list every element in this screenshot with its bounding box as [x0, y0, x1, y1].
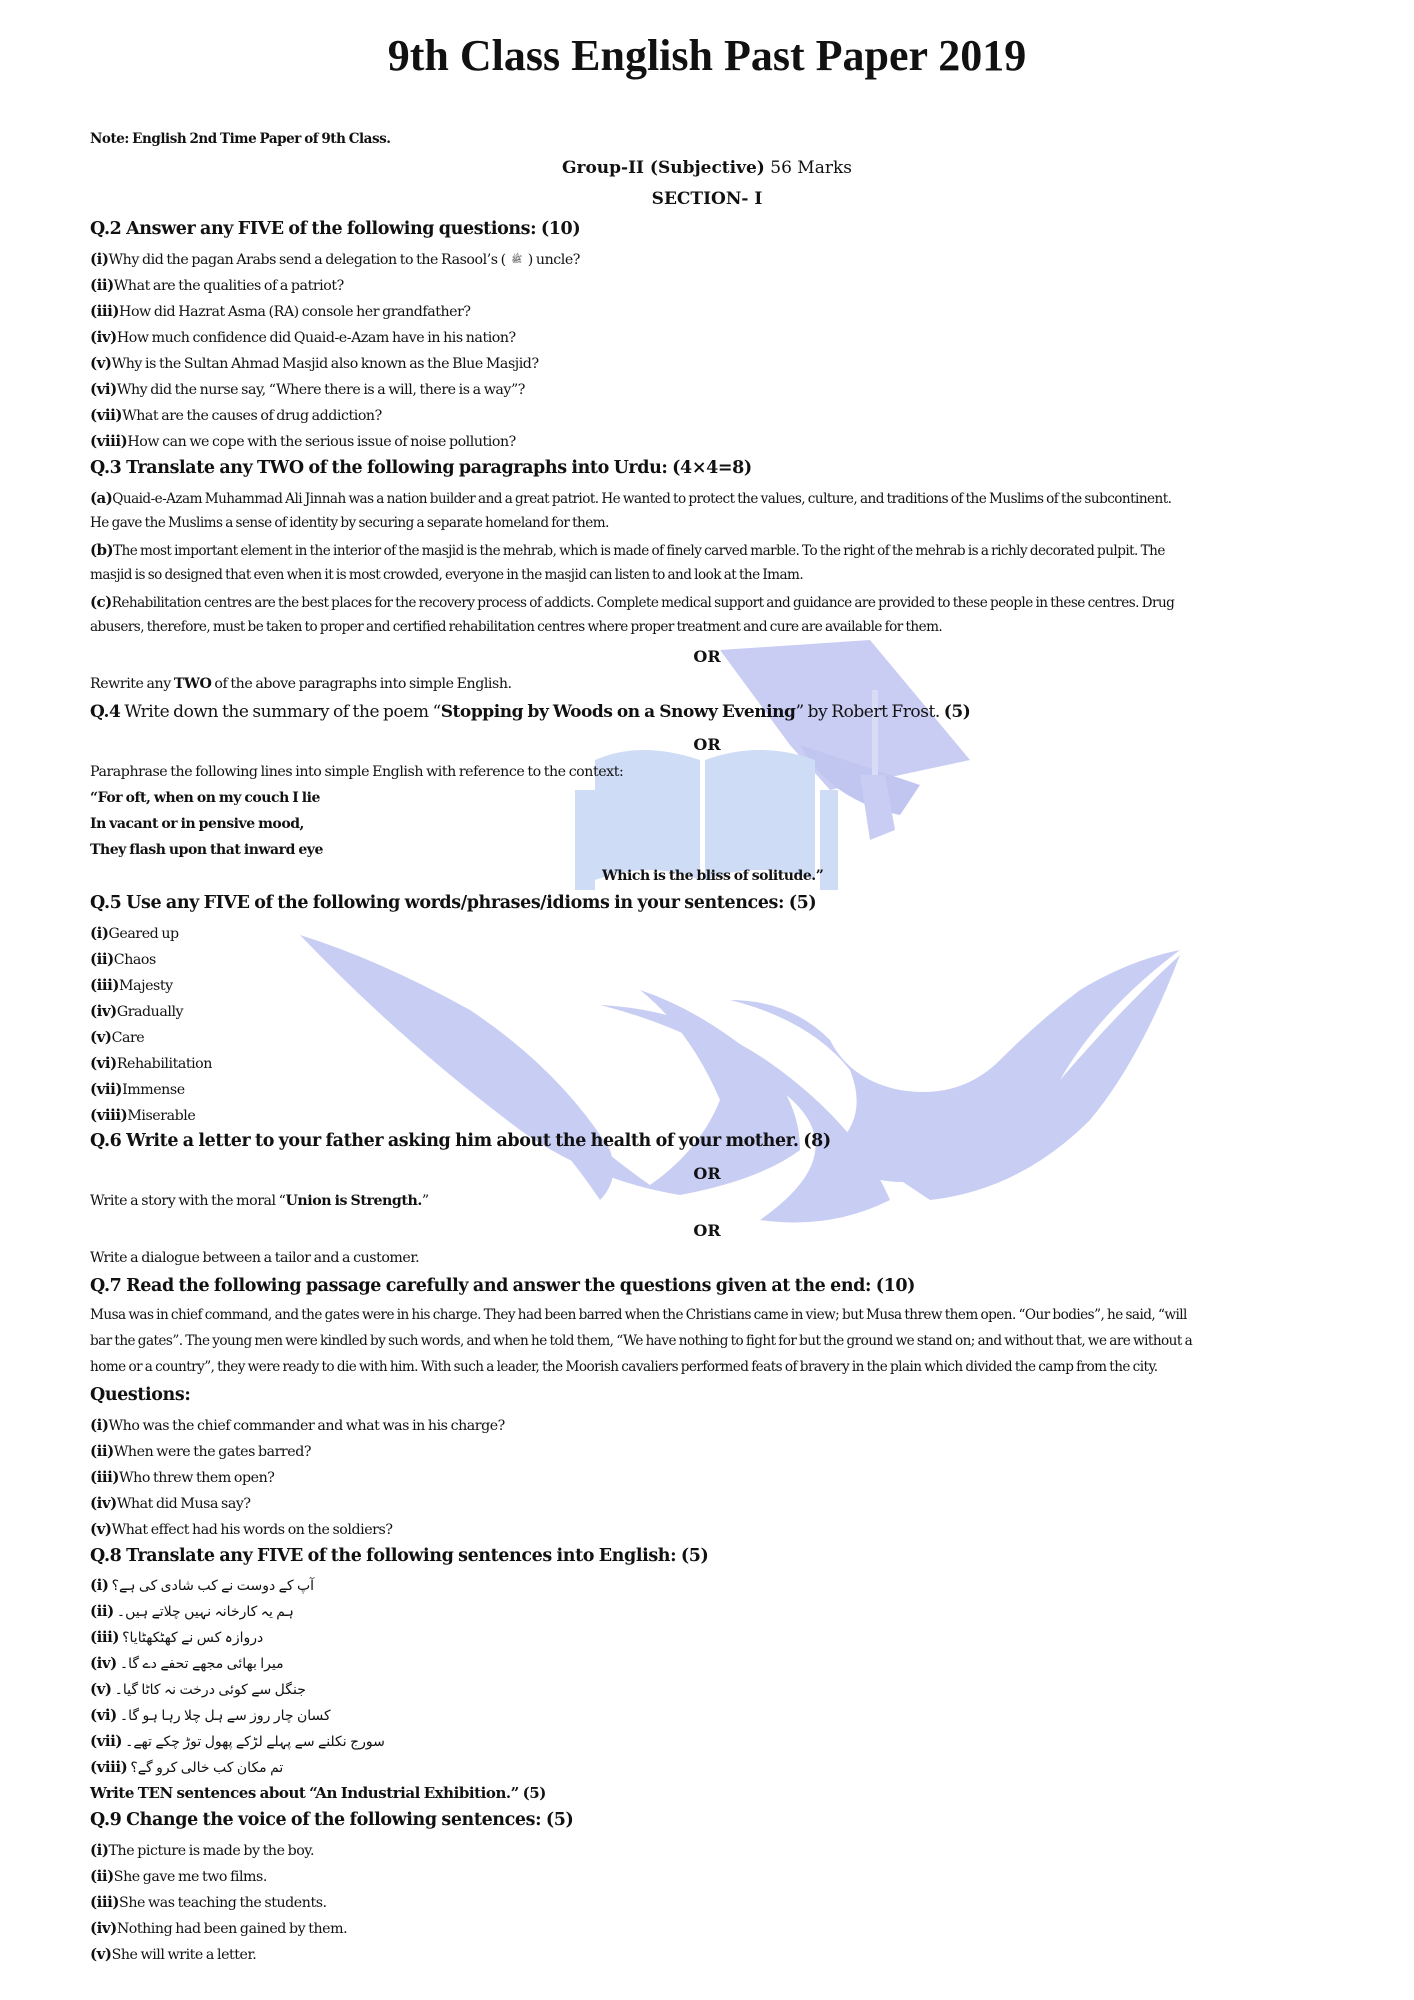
passage-line: Musa was in chief command, and the gates… — [90, 1307, 1187, 1323]
paraphrase-instruction: Paraphrase the following lines into simp… — [90, 764, 623, 780]
section-title: SECTION- I — [0, 189, 1414, 209]
or-divider: OR — [0, 1221, 1414, 1240]
q3-alternative: Rewrite any TWO of the above paragraphs … — [90, 676, 512, 692]
list-item: (iv) میرا بھائی مجھے تحفے دے گا۔ — [90, 1654, 284, 1672]
list-item: (v)She will write a letter. — [90, 1945, 256, 1963]
or-divider: OR — [0, 735, 1414, 754]
questions-label: Questions: — [90, 1385, 190, 1405]
group-marks: 56 Marks — [770, 158, 852, 178]
q8-heading: Q.8 Translate any FIVE of the following … — [90, 1546, 708, 1566]
stanza-line: “For oft, when on my couch I lie — [90, 790, 320, 806]
list-item: (vi)Rehabilitation — [90, 1054, 212, 1072]
list-item: (iii)She was teaching the students. — [90, 1893, 327, 1911]
list-item: (iv)Gradually — [90, 1002, 183, 1020]
list-item: (v)Care — [90, 1028, 144, 1046]
or-divider: OR — [0, 647, 1414, 666]
list-item: (iii)Who threw them open? — [90, 1468, 274, 1486]
paragraph-a: (a)Quaid-e-Azam Muhammad Ali Jinnah was … — [90, 489, 1171, 507]
poem-title: Stopping by Woods on a Snowy Evening — [441, 702, 796, 722]
q9-heading: Q.9 Change the voice of the following se… — [90, 1810, 573, 1830]
paper-note: Note: English 2nd Time Paper of 9th Clas… — [90, 131, 391, 147]
list-item: (vii)Immense — [90, 1080, 185, 1098]
list-item: (i)Why did the pagan Arabs send a delega… — [90, 250, 580, 268]
passage-line: bar the gates”. The young men were kindl… — [90, 1333, 1192, 1349]
list-item: (ii)She gave me two films. — [90, 1867, 267, 1885]
list-item: (iv)How much confidence did Quaid-e-Azam… — [90, 328, 516, 346]
group-name: Group-II (Subjective) — [562, 158, 765, 178]
honorific-glyph: ﷺ — [506, 255, 528, 265]
q2-heading: Q.2 Answer any FIVE of the following que… — [90, 219, 580, 239]
paragraph-c-cont: abusers, therefore, must be taken to pro… — [90, 619, 942, 635]
list-item: (iii)Majesty — [90, 976, 173, 994]
list-item: (iii)How did Hazrat Asma (RA) console he… — [90, 302, 471, 320]
list-item: (v)Why is the Sultan Ahmad Masjid also k… — [90, 354, 539, 372]
paragraph-a-cont: He gave the Muslims a sense of identity … — [90, 515, 609, 531]
stanza-line: Which is the bliss of solitude.” — [602, 868, 823, 884]
list-item: (ii)When were the gates barred? — [90, 1442, 311, 1460]
list-item: (vii)What are the causes of drug addicti… — [90, 406, 382, 424]
list-item: (i)Who was the chief commander and what … — [90, 1416, 505, 1434]
list-item: (iv)Nothing had been gained by them. — [90, 1919, 347, 1937]
stanza-line: They flash upon that inward eye — [90, 842, 323, 858]
list-item: (i) آپ کے دوست نے کب شادی کی ہے؟ — [90, 1576, 314, 1594]
or-divider: OR — [0, 1164, 1414, 1183]
watermark-logo — [0, 0, 1414, 2000]
paragraph-b-cont: masjid is so designed that even when it … — [90, 567, 803, 583]
list-item: (vi) کسان چار روز سے ہل چلا رہا ہو گا۔ — [90, 1706, 331, 1724]
list-item: (ii)What are the qualities of a patriot? — [90, 276, 344, 294]
paragraph-c: (c)Rehabilitation centres are the best p… — [90, 593, 1174, 611]
paragraph-b: (b)The most important element in the int… — [90, 541, 1165, 559]
list-item: (iii) دروازہ کس نے کھٹکھٹایا؟ — [90, 1628, 263, 1646]
q7-heading: Q.7 Read the following passage carefully… — [90, 1276, 915, 1296]
list-item: (i)Geared up — [90, 924, 179, 942]
list-item: (viii) تم مکان کب خالی کرو گے؟ — [90, 1758, 283, 1776]
story-instruction: Write a story with the moral “Union is S… — [90, 1193, 429, 1209]
q3-heading: Q.3 Translate any TWO of the following p… — [90, 458, 752, 478]
list-item: (viii)How can we cope with the serious i… — [90, 432, 516, 450]
list-item: (vi)Why did the nurse say, “Where there … — [90, 380, 525, 398]
q5-heading: Q.5 Use any FIVE of the following words/… — [90, 893, 816, 913]
group-header: Group-II (Subjective) 56 Marks — [0, 158, 1414, 178]
list-item: (ii)Chaos — [90, 950, 156, 968]
list-item: (viii)Miserable — [90, 1106, 195, 1124]
q4-heading: Q.4 Write down the summary of the poem “… — [90, 702, 970, 722]
list-item: (v)What effect had his words on the sold… — [90, 1520, 392, 1538]
page-title: 9th Class English Past Paper 2019 — [0, 30, 1414, 81]
passage-line: home or a country”, they were ready to d… — [90, 1359, 1158, 1375]
essay-instruction: Write TEN sentences about “An Industrial… — [90, 1784, 546, 1802]
list-item: (vii) سورج نکلنے سے پہلے لڑکے پھول توڑ چ… — [90, 1732, 385, 1750]
list-item: (v) جنگل سے کوئی درخت نہ کاٹا گیا۔ — [90, 1680, 306, 1698]
stanza-line: In vacant or in pensive mood, — [90, 816, 304, 832]
list-item: (i)The picture is made by the boy. — [90, 1841, 314, 1859]
dialogue-instruction: Write a dialogue between a tailor and a … — [90, 1250, 419, 1266]
list-item: (ii) ہم یہ کارخانہ نہیں چلاتے ہیں۔ — [90, 1602, 294, 1620]
list-item: (iv)What did Musa say? — [90, 1494, 251, 1512]
q6-heading: Q.6 Write a letter to your father asking… — [90, 1131, 831, 1151]
